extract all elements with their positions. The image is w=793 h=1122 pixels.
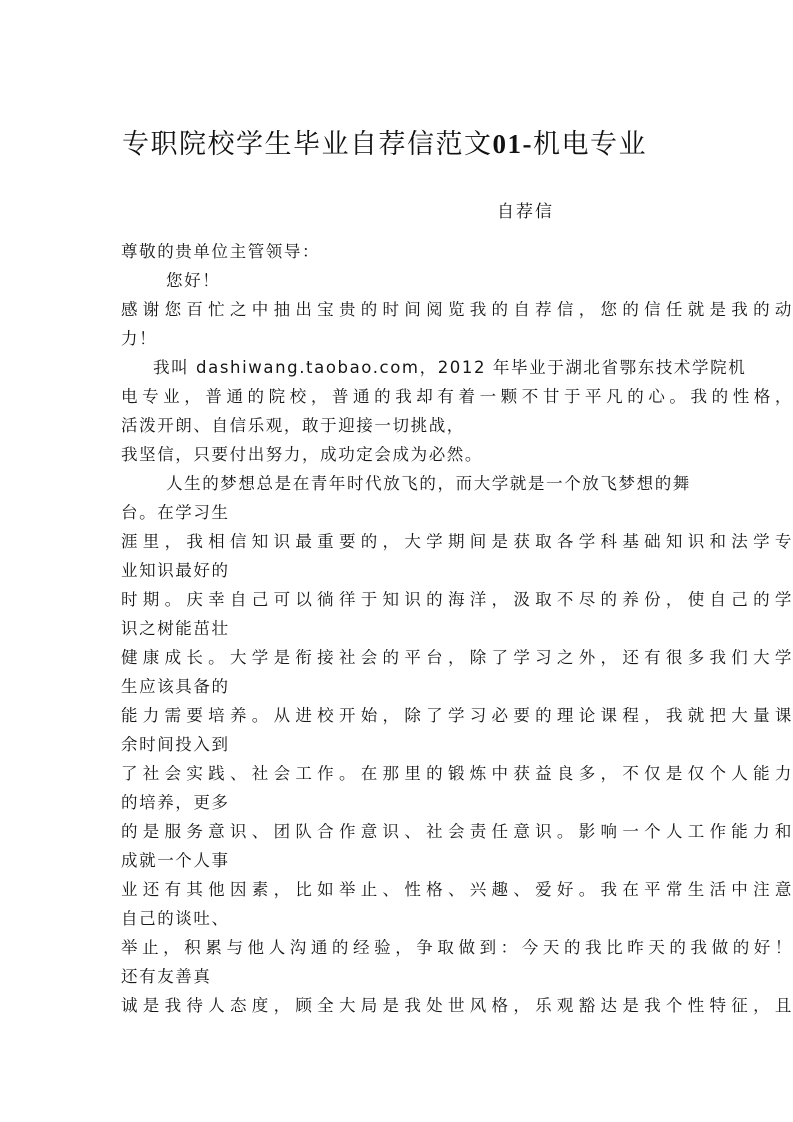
body-line: 涯里，我相信知识最重要的，大学期间是获取各学科基础知识和法学专 [121,527,793,556]
body-line: 力！ [121,324,793,353]
body-line: 举止，积累与他人沟通的经验，争取做到：今天的我比昨天的我做的好！ [121,933,793,962]
body-line: 我坚信，只要付出努力，成功定会成为必然。 [121,440,793,469]
title-number: 01- [493,129,534,159]
body-line: 电专业，普通的院校，普通的我却有着一颗不甘于平凡的心。我的性格， [121,382,793,411]
intro-text: 我叫 dashiwang.taobao.com，2012 年毕业于湖北省鄂东技术… [153,358,746,377]
document-title: 专职院校学生毕业自荐信范文01-机电专业 [122,126,742,163]
body-line: 诚是我待人态度，顾全大局是我处世风格，乐观豁达是我个性特征，且 [121,991,793,1020]
title-prefix: 专职院校学生毕业自荐信范文 [122,129,493,160]
body-line: 识之树能茁壮 [121,614,793,643]
letter-heading: 自荐信 [497,200,554,224]
body-line: 了社会实践、社会工作。在那里的锻炼中获益良多，不仅是仅个人能力 [121,759,793,788]
body-line: 业还有其他因素，比如举止、性格、兴趣、爱好。我在平常生活中注意 [121,875,793,904]
body-line: 的培养，更多 [121,788,793,817]
body-line: 成就一个人事 [121,846,793,875]
body-line: 业知识最好的 [121,556,793,585]
body-line: 人生的梦想总是在青年时代放飞的，而大学就是一个放飞梦想的舞 [121,469,793,498]
body-line: 感谢您百忙之中抽出宝贵的时间阅览我的自荐信，您的信任就是我的动 [121,295,793,324]
body-line: 台。在学习生 [121,498,793,527]
body-line: 生应该具备的 [121,672,793,701]
body-line: 健康成长。大学是衔接社会的平台，除了学习之外，还有很多我们大学 [121,643,793,672]
body-line: 余时间投入到 [121,730,793,759]
body-line: 活泼开朗、自信乐观，敢于迎接一切挑战， [121,411,793,440]
document-page: 专职院校学生毕业自荐信范文01-机电专业 自荐信 尊敬的贵单位主管领导： 您好！… [0,0,793,1122]
body-line: 能力需要培养。从进校开始，除了学习必要的理论课程，我就把大量课 [121,701,793,730]
body-line: 的是服务意识、团队合作意识、社会责任意识。影响一个人工作能力和 [121,817,793,846]
salutation: 尊敬的贵单位主管领导： [121,237,793,266]
title-suffix: 机电专业 [533,129,647,160]
body-line: 时期。庆幸自己可以徜徉于知识的海洋，汲取不尽的养份，使自己的学 [121,585,793,614]
letter-body: 尊敬的贵单位主管领导： 您好！ 感谢您百忙之中抽出宝贵的时间阅览我的自荐信，您的… [121,237,793,1020]
body-line: 自己的谈吐、 [121,904,793,933]
body-line: 还有友善真 [121,962,793,991]
greeting: 您好！ [121,266,793,295]
body-line-intro: 我叫 dashiwang.taobao.com，2012 年毕业于湖北省鄂东技术… [121,353,793,382]
